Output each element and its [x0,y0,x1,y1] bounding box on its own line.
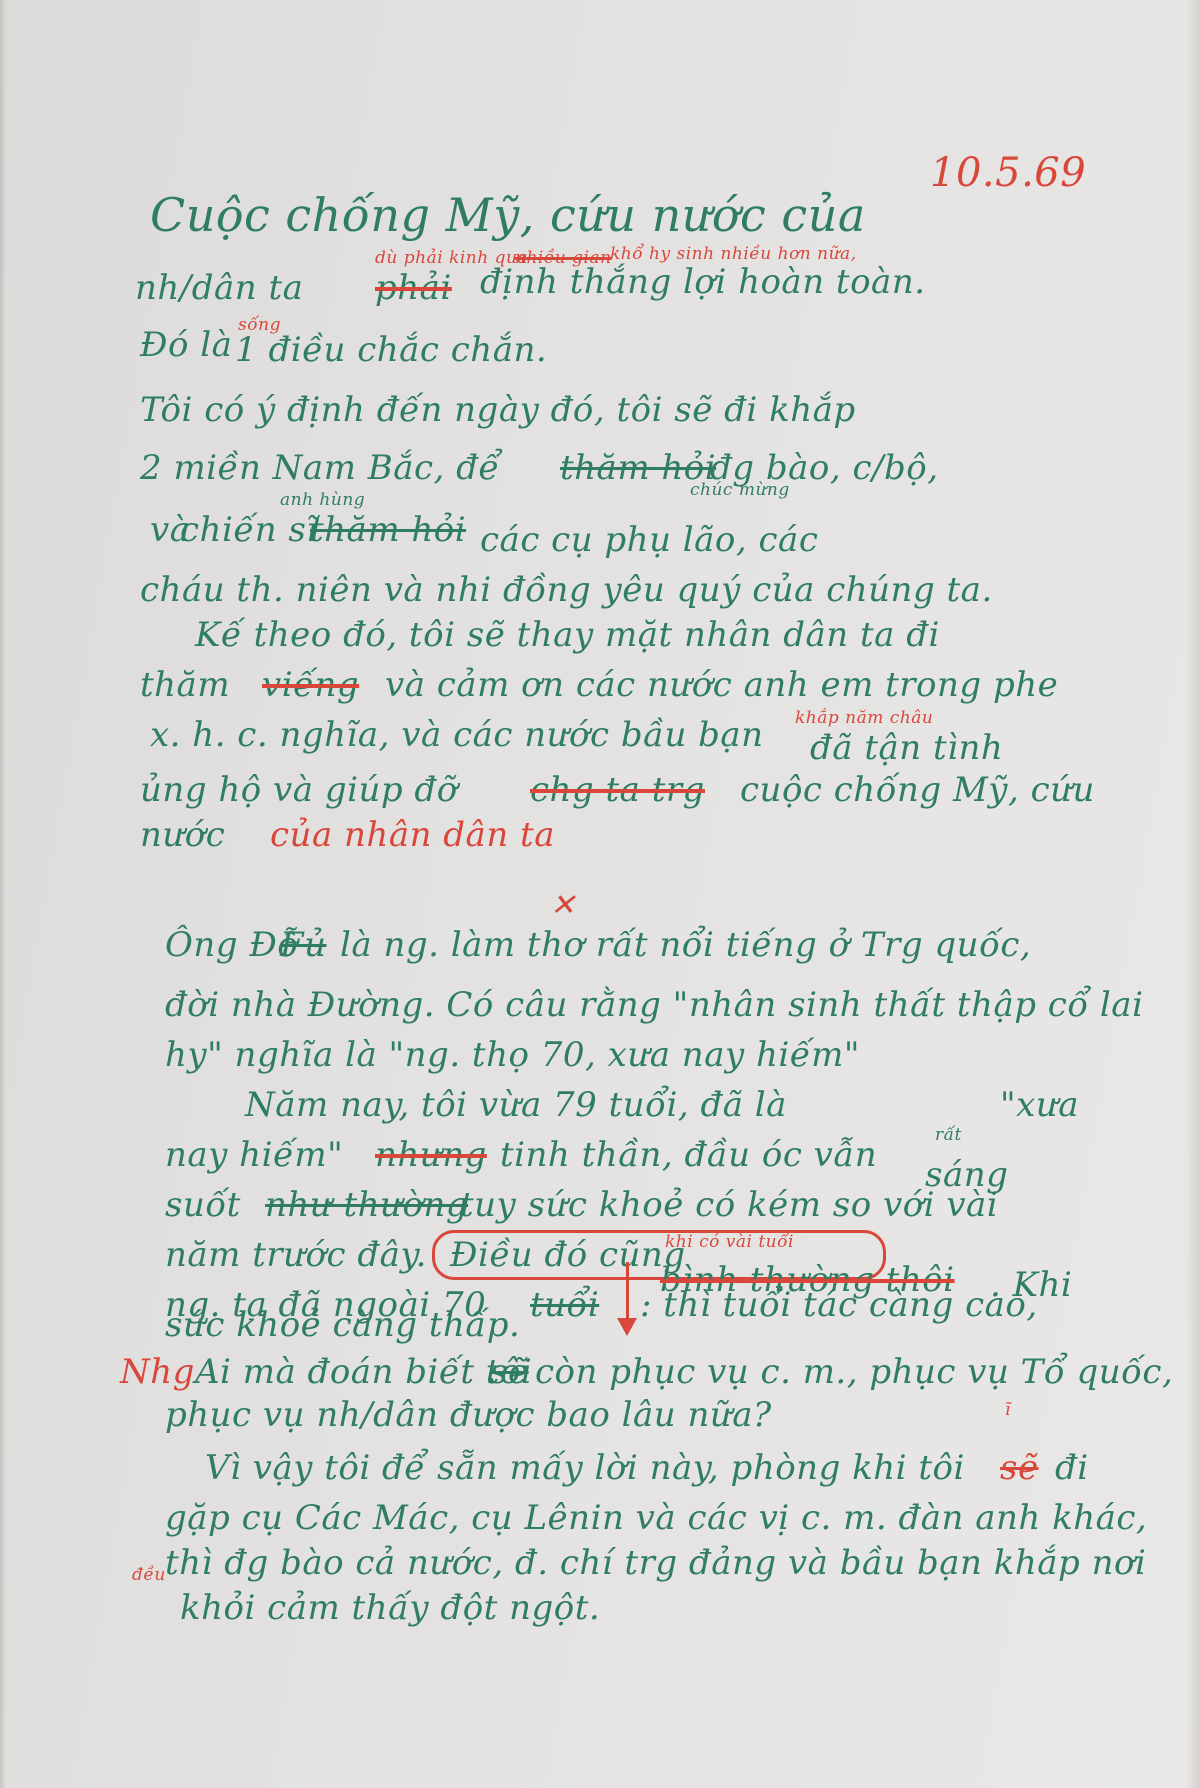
manuscript-line: đời nhà Đường. Có câu rằng "nhân sinh th… [165,985,1143,1025]
manuscript-page: 10.5.69 Cuộc chống Mỹ, cứu nước của dù p… [0,0,1200,1788]
red-insertion: khắp năm châu [795,708,933,728]
manuscript-line: là ng. làm thơ rất nổi tiếng ở Trg quốc, [340,925,1031,965]
manuscript-line: định thắng lợi hoàn toàn. [480,262,926,302]
manuscript-line: "xưa [1000,1085,1079,1125]
manuscript-line: và cảm ơn các nước anh em trong phe [385,665,1058,705]
manuscript-line: gặp cụ Các Mác, cụ Lênin và các vị c. m.… [165,1498,1147,1538]
manuscript-line: còn phục vụ c. m., phục vụ Tổ quốc, [535,1352,1173,1392]
struck-word: Fủ [280,925,327,965]
paper-edge-right [1186,0,1200,1788]
green-insertion: anh hùng [280,490,365,510]
red-correction: khổ hy sinh nhiều hơn nữa, [610,244,857,264]
manuscript-line: khỏi cảm thấy đột ngột. [180,1588,600,1628]
manuscript-line: sức khoẻ càng thấp. [165,1305,520,1345]
manuscript-line: Ông Đỗ [165,925,299,965]
manuscript-line: 2 miền Nam Bắc, để [140,448,500,488]
manuscript-line: năm trước đây. [165,1235,427,1275]
manuscript-line: suốt [165,1185,241,1225]
struck-word: phải [375,268,452,308]
red-insertion: ĩ [1005,1400,1011,1420]
manuscript-line: tinh thần, đầu óc vẫn [500,1135,877,1175]
manuscript-line: nước [140,815,225,855]
red-margin-note: Nhg [120,1352,195,1392]
green-insertion: chúc mừng [690,480,790,500]
manuscript-line: : thì tuổi tác càng cao, [640,1285,1038,1325]
manuscript-line: Ai mà đoán biết tôi [195,1352,532,1392]
manuscript-line: thăm [140,665,230,705]
manuscript-line: 1 điều chắc chắn. [235,330,547,370]
manuscript-line: cháu th. niên và nhi đồng yêu quý của ch… [140,570,993,610]
manuscript-line: tuy sức khoẻ có kém so với vài [460,1185,998,1225]
red-insertion: của nhân dân ta [270,815,555,855]
date-annotation: 10.5.69 [930,150,1086,196]
struck-word: tuổi [530,1285,599,1325]
struck-word: như thường [265,1185,468,1225]
manuscript-line: cuộc chống Mỹ, cứu [740,770,1095,810]
manuscript-line: thì đg bào cả nước, đ. chí trg đảng và b… [165,1543,1146,1583]
green-insertion: rất [935,1125,962,1145]
manuscript-line: Năm nay, tôi vừa 79 tuổi, đã là [245,1085,787,1125]
red-arrow-down-icon [617,1318,637,1336]
red-insertion: khi có vài tuổi [665,1232,794,1252]
manuscript-line: các cụ phụ lão, các [480,520,818,560]
manuscript-line: đi [1055,1448,1089,1488]
manuscript-line: đã tận tình [810,728,1003,768]
manuscript-line: nh/dân ta [135,268,303,308]
manuscript-line: Điều đó cũng [450,1235,686,1275]
separator-mark: ✕ [550,888,576,923]
manuscript-line: chiến sĩ [180,510,318,550]
manuscript-line: Tôi có ý định đến ngày đó, tôi sẽ đi khắ… [140,390,856,430]
manuscript-line: nay hiếm" [165,1135,343,1175]
manuscript-line: Cuộc chống Mỹ, cứu nước của [150,188,866,242]
red-margin-note: đều [132,1565,166,1585]
manuscript-line: x. h. c. nghĩa, và các nước bầu bạn [150,715,764,755]
manuscript-line: phục vụ nh/dân được bao lâu nữa? [165,1395,772,1435]
paper-edge-left [0,0,6,1788]
manuscript-line: Đó là [140,325,232,365]
red-arrow-stem [626,1262,629,1322]
struck-word: sẽ [490,1352,529,1392]
manuscript-line: ủng hộ và giúp đỡ [140,770,458,810]
struck-word: viếng [262,665,359,705]
manuscript-line: Kế theo đó, tôi sẽ thay mặt nhân dân ta … [195,615,940,655]
manuscript-line: hy" nghĩa là "ng. thọ 70, xưa nay hiếm" [165,1035,860,1075]
manuscript-line: Vì vậy tôi để sẵn mấy lời này, phòng khi… [205,1448,965,1488]
struck-word: thăm hỏi [310,510,466,550]
struck-word: chg ta trg [530,770,705,810]
struck-word: nhưng [375,1135,487,1175]
struck-word: sẽ [1000,1448,1039,1488]
